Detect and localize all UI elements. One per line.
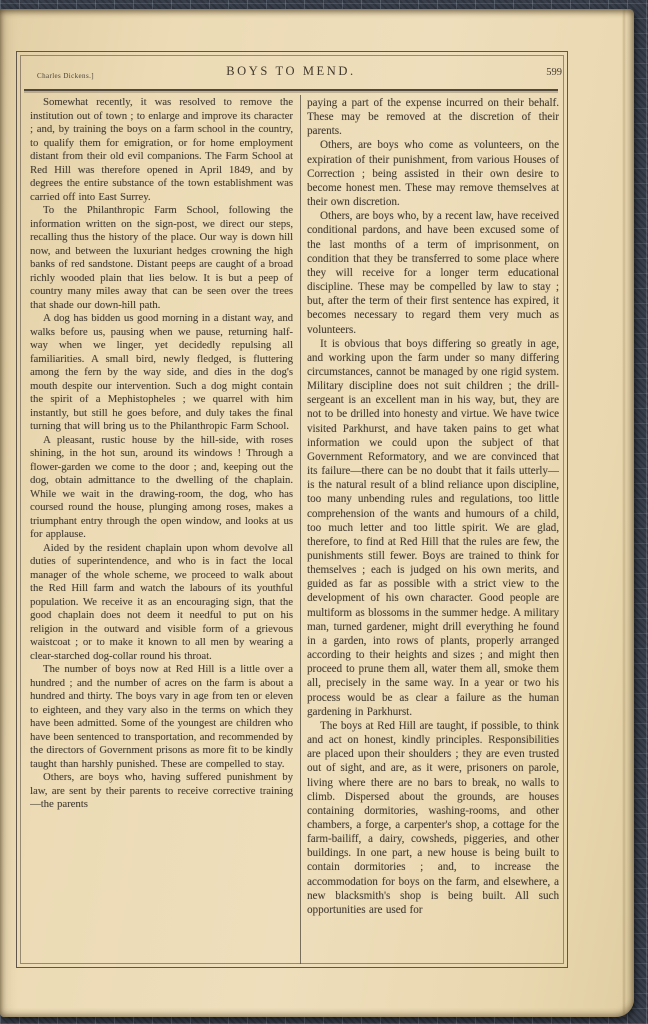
paragraph: Others, are boys who come as volunteers,… [307,138,559,209]
paragraph: To the Philanthropic Farm School, follow… [30,204,293,312]
scanned-page-background: { "header": { "running_author": "Charles… [0,0,648,1024]
header-rule [24,89,558,91]
paragraph: The boys at Red Hill are taught, if poss… [307,719,559,917]
paragraph-continuation: paying a part of the expense incurred on… [307,96,559,138]
text-column-left: Somewhat recently, it was resolved to re… [30,96,293,964]
paragraph: A dog has bidden us good morning in a di… [30,312,293,434]
page-title: BOYS TO MEND. [16,64,566,79]
paragraph: A pleasant, rustic house by the hill-sid… [30,434,293,542]
book-page-paper: Charles Dickens.] BOYS TO MEND. 599 Some… [0,9,634,1017]
paragraph: It is obvious that boys differing so gre… [307,337,559,719]
paragraph: Somewhat recently, it was resolved to re… [30,96,293,204]
paragraph: Others, are boys who, by a recent law, h… [307,209,559,336]
paragraph: The number of boys now at Red Hill is a … [30,663,293,771]
paragraph: Others, are boys who, having suffered pu… [30,771,293,812]
column-divider-rule [300,95,301,964]
page-number: 599 [528,67,562,78]
paragraph: Aided by the resident chaplain upon whom… [30,542,293,664]
text-column-right: paying a part of the expense incurred on… [307,96,559,965]
